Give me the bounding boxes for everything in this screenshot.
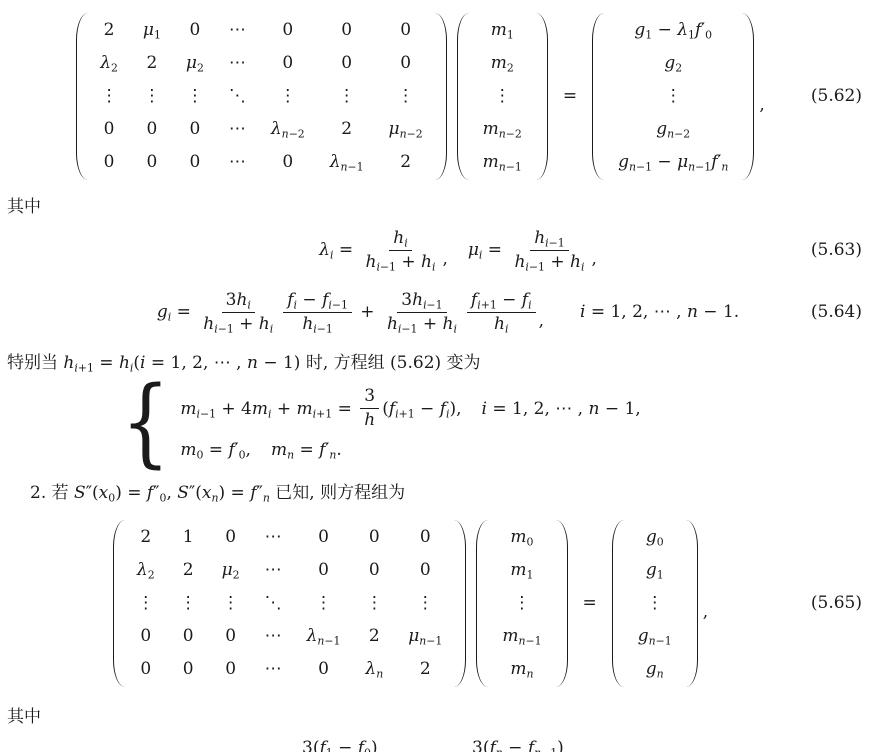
matrix-cell: 0 <box>282 53 293 74</box>
vector-cell: mn−1 <box>483 152 522 173</box>
vector-cell: g1 − λ1f′0 <box>634 20 712 41</box>
math-text: i = 1, 2, ⋯ , n − 1, <box>482 399 641 419</box>
matrix-cell: ⋮ <box>186 86 203 107</box>
vector-cell: m2 <box>491 53 514 74</box>
matrix-cell: 2 <box>369 626 380 647</box>
matrix-cell: 0 <box>140 626 151 647</box>
matrix-cell: ⋮ <box>338 86 355 107</box>
vector-cell: gn−1 <box>638 626 672 647</box>
left-brace: { <box>121 382 170 464</box>
matrix-cell: 2 <box>183 560 194 581</box>
equation-system-uniform-h: { mi−1 + 4mi + mi+1 = 3h(fi+1 − fi),i = … <box>0 378 876 468</box>
vector-cell: gn <box>646 659 664 680</box>
matrix-cell: 2 <box>400 152 411 173</box>
fraction: fi+1 − fihi <box>467 290 536 335</box>
matrix-cell: 0 <box>420 527 431 548</box>
matrix-cell: 0 <box>225 527 236 548</box>
matrix-cell: ⋯ <box>265 560 282 581</box>
matrix-cell: μn−2 <box>389 119 423 140</box>
matrix-cell: 2 <box>140 527 151 548</box>
fraction: hi−1hi−1 + hi <box>510 228 588 273</box>
matrix-cell: 0 <box>225 659 236 680</box>
matrix-cell: ⋮ <box>315 593 332 614</box>
where-text-2: 其中 <box>7 704 876 730</box>
matrix-cell: ⋮ <box>143 86 160 107</box>
clipped-bottom-formula: 3(f1 − f0) 3(fn − fn−1) <box>0 737 876 752</box>
fraction: 3hihi−1 + hi <box>199 290 277 335</box>
vector-cell: ⋮ <box>494 86 511 107</box>
matrix-cell: ⋮ <box>366 593 383 614</box>
matrix-cell: 0 <box>341 20 352 41</box>
math-text: (fi+1 − fi), <box>382 399 461 419</box>
equals-sign: = <box>563 86 577 106</box>
vector-cell: ⋮ <box>513 593 530 614</box>
matrix-cell: ⋱ <box>265 593 282 614</box>
matrix-cell: 0 <box>282 20 293 41</box>
matrix-cell: μ2 <box>222 560 240 581</box>
matrix-cell: 0 <box>341 53 352 74</box>
matrix-cell: λn−1 <box>307 626 341 647</box>
matrix-cell: 0 <box>147 119 158 140</box>
equation-5-64: gi = 3hihi−1 + hifi − fi−1hi−1 + 3hi−1hi… <box>0 280 876 344</box>
left-paren <box>612 520 624 687</box>
matrix-cell: 0 <box>147 152 158 173</box>
matrix-cell: 2 <box>147 53 158 74</box>
numerator-fragment-g0: 3(f1 − f0) <box>302 738 378 752</box>
left-paren <box>476 520 488 687</box>
matrix-cell: 0 <box>225 626 236 647</box>
matrix-cell: 0 <box>318 560 329 581</box>
vector-rhs-565: g0g1⋮gn−1gn <box>612 520 698 687</box>
matrix-grid: 210⋯000λ22μ2⋯000⋮⋮⋮⋱⋮⋮⋮000⋯λn−12μn−1000⋯… <box>125 520 454 687</box>
right-paren <box>686 520 698 687</box>
equation-5-62: 2μ10⋯000λ22μ2⋯000⋮⋮⋮⋱⋮⋮⋮000⋯λn−22μn−2000… <box>0 8 876 184</box>
matrix-cell: 0 <box>189 152 200 173</box>
matrix-cell: μ2 <box>186 53 204 74</box>
vector-cell: g0 <box>646 527 664 548</box>
matrix-cell: 0 <box>282 152 293 173</box>
fraction: 3hi−1hi−1 + hi <box>383 290 461 335</box>
left-paren <box>113 520 125 687</box>
equation-number-564: (5.64) <box>811 302 862 322</box>
matrix-cell: λn <box>365 659 383 680</box>
left-paren <box>76 13 88 180</box>
matrix-cell: 0 <box>189 20 200 41</box>
matrix-cell: ⋱ <box>229 86 246 107</box>
matrix-cell: 2 <box>420 659 431 680</box>
fraction: 3h <box>360 386 379 431</box>
matrix-grid: 2μ10⋯000λ22μ2⋯000⋮⋮⋮⋱⋮⋮⋮000⋯λn−22μn−2000… <box>88 13 434 180</box>
right-paren <box>454 520 466 687</box>
matrix-cell: ⋮ <box>279 86 296 107</box>
vector-grid: g1 − λ1f′0g2⋮gn−2gn−1 − μn−1f′n <box>604 13 742 180</box>
vector-cell: ⋮ <box>665 86 682 107</box>
matrix-cell: 0 <box>400 20 411 41</box>
vector-cell: g2 <box>664 53 682 74</box>
equation-5-65: 210⋯000λ22μ2⋯000⋮⋮⋮⋱⋮⋮⋮000⋯λn−12μn−1000⋯… <box>0 514 876 692</box>
vector-cell: m0 <box>510 527 533 548</box>
fraction: hihi−1 + hi <box>361 228 439 273</box>
vector-grid: g0g1⋮gn−1gn <box>624 520 686 687</box>
matrix-cell: 1 <box>183 527 194 548</box>
vector-cell: mn−2 <box>483 119 522 140</box>
matrix-cell: λn−2 <box>271 119 305 140</box>
math-text: i = 1, 2, ⋯ , n − 1. <box>580 302 739 322</box>
math-text: , <box>539 311 544 331</box>
matrix-cell: ⋯ <box>229 152 246 173</box>
matrix-cell: 0 <box>140 659 151 680</box>
system-line-2: m0 = f′0,mn = f′n. <box>180 440 341 460</box>
matrix-cell: ⋯ <box>265 659 282 680</box>
math-text: gi = <box>157 302 196 322</box>
matrix-cell: ⋯ <box>265 626 282 647</box>
matrix-cell: 0 <box>104 119 115 140</box>
matrix-cell: μ1 <box>143 20 161 41</box>
matrix-cell: ⋮ <box>397 86 414 107</box>
matrix-cell: ⋯ <box>229 53 246 74</box>
matrix-cell: 2 <box>341 119 352 140</box>
matrix-cell: 0 <box>318 659 329 680</box>
vector-cell: gn−1 − μn−1f′n <box>618 152 728 173</box>
left-paren <box>457 13 469 180</box>
matrix-cell: 0 <box>420 560 431 581</box>
matrix-cell: 0 <box>189 119 200 140</box>
where-text-1: 其中 <box>7 194 876 220</box>
vector-cell: g1 <box>646 560 664 581</box>
fraction: fi − fi−1hi−1 <box>283 290 352 335</box>
matrix-cell: 0 <box>369 560 380 581</box>
math-text: mi−1 + 4mi + mi+1 = <box>180 399 357 419</box>
vector-grid: m1m2⋮mn−2mn−1 <box>469 13 536 180</box>
vector-m-565: m0m1⋮mn−1mn <box>476 520 567 687</box>
matrix-cell: λ2 <box>137 560 155 581</box>
vector-grid: m0m1⋮mn−1mn <box>488 520 555 687</box>
vector-m-562: m1m2⋮mn−2mn−1 <box>457 13 548 180</box>
matrix-cell: μn−1 <box>408 626 442 647</box>
matrix-cell: ⋯ <box>229 20 246 41</box>
right-paren <box>435 13 447 180</box>
trailing-comma: , <box>759 95 764 115</box>
paragraph-case-2: 2. 若 S″(x0) = f″0, S″(xn) = f″n 已知, 则方程组… <box>30 480 876 506</box>
left-paren <box>592 13 604 180</box>
matrix-cell: ⋯ <box>229 119 246 140</box>
matrix-cell: ⋮ <box>101 86 118 107</box>
formula-lambda-mu: λi = hihi−1 + hi,μi = hi−1hi−1 + hi, <box>319 228 597 273</box>
matrix-cell: ⋯ <box>265 527 282 548</box>
system-line-1: mi−1 + 4mi + mi+1 = 3h(fi+1 − fi),i = 1,… <box>180 386 640 431</box>
trailing-comma: , <box>703 602 708 622</box>
formula-g-i: gi = 3hihi−1 + hifi − fi−1hi−1 + 3hi−1hi… <box>157 290 739 335</box>
equation-number-562: (5.62) <box>811 86 862 106</box>
matrix-cell: 0 <box>318 527 329 548</box>
matrix-cell: λn−1 <box>330 152 364 173</box>
right-paren <box>556 520 568 687</box>
matrix-cell: 0 <box>183 626 194 647</box>
matrix-cell: 0 <box>104 152 115 173</box>
matrix-cell: 0 <box>183 659 194 680</box>
right-paren <box>536 13 548 180</box>
right-paren <box>742 13 754 180</box>
vector-cell: mn−1 <box>502 626 541 647</box>
vector-cell: gn−2 <box>656 119 690 140</box>
matrix-cell: 0 <box>369 527 380 548</box>
math-text: μi = <box>468 240 508 260</box>
equation-number-563: (5.63) <box>811 240 862 260</box>
vector-cell: m1 <box>510 560 533 581</box>
math-text: , <box>591 249 596 269</box>
coefficient-matrix-562: 2μ10⋯000λ22μ2⋯000⋮⋮⋮⋱⋮⋮⋮000⋯λn−22μn−2000… <box>76 13 446 180</box>
vector-cell: ⋮ <box>646 593 663 614</box>
vector-cell: mn <box>510 659 533 680</box>
coefficient-matrix-565: 210⋯000λ22μ2⋯000⋮⋮⋮⋱⋮⋮⋮000⋯λn−12μn−1000⋯… <box>113 520 466 687</box>
vector-cell: m1 <box>491 20 514 41</box>
matrix-cell: ⋮ <box>137 593 154 614</box>
math-text: , <box>442 249 447 269</box>
equation-number-565: (5.65) <box>811 593 862 613</box>
matrix-cell: λ2 <box>100 53 118 74</box>
system-lines: mi−1 + 4mi + mi+1 = 3h(fi+1 − fi),i = 1,… <box>180 386 640 460</box>
textbook-page: { "page": { "background": "#ffffff", "te… <box>0 0 876 752</box>
matrix-cell: ⋮ <box>222 593 239 614</box>
math-text: λi = <box>319 240 358 260</box>
math-text: m0 = f′0, <box>180 440 251 460</box>
numerator-fragment-gn: 3(fn − fn−1) <box>472 738 564 752</box>
matrix-cell: 0 <box>400 53 411 74</box>
equals-sign: = <box>583 593 597 613</box>
matrix-cell: ⋮ <box>417 593 434 614</box>
vector-rhs-562: g1 − λ1f′0g2⋮gn−2gn−1 − μn−1f′n <box>592 13 754 180</box>
math-text: + <box>355 302 380 322</box>
equation-5-63: λi = hihi−1 + hi,μi = hi−1hi−1 + hi, (5.… <box>0 222 876 278</box>
math-text: mn = f′n. <box>271 440 342 460</box>
matrix-cell: 2 <box>104 20 115 41</box>
matrix-cell: ⋮ <box>180 593 197 614</box>
